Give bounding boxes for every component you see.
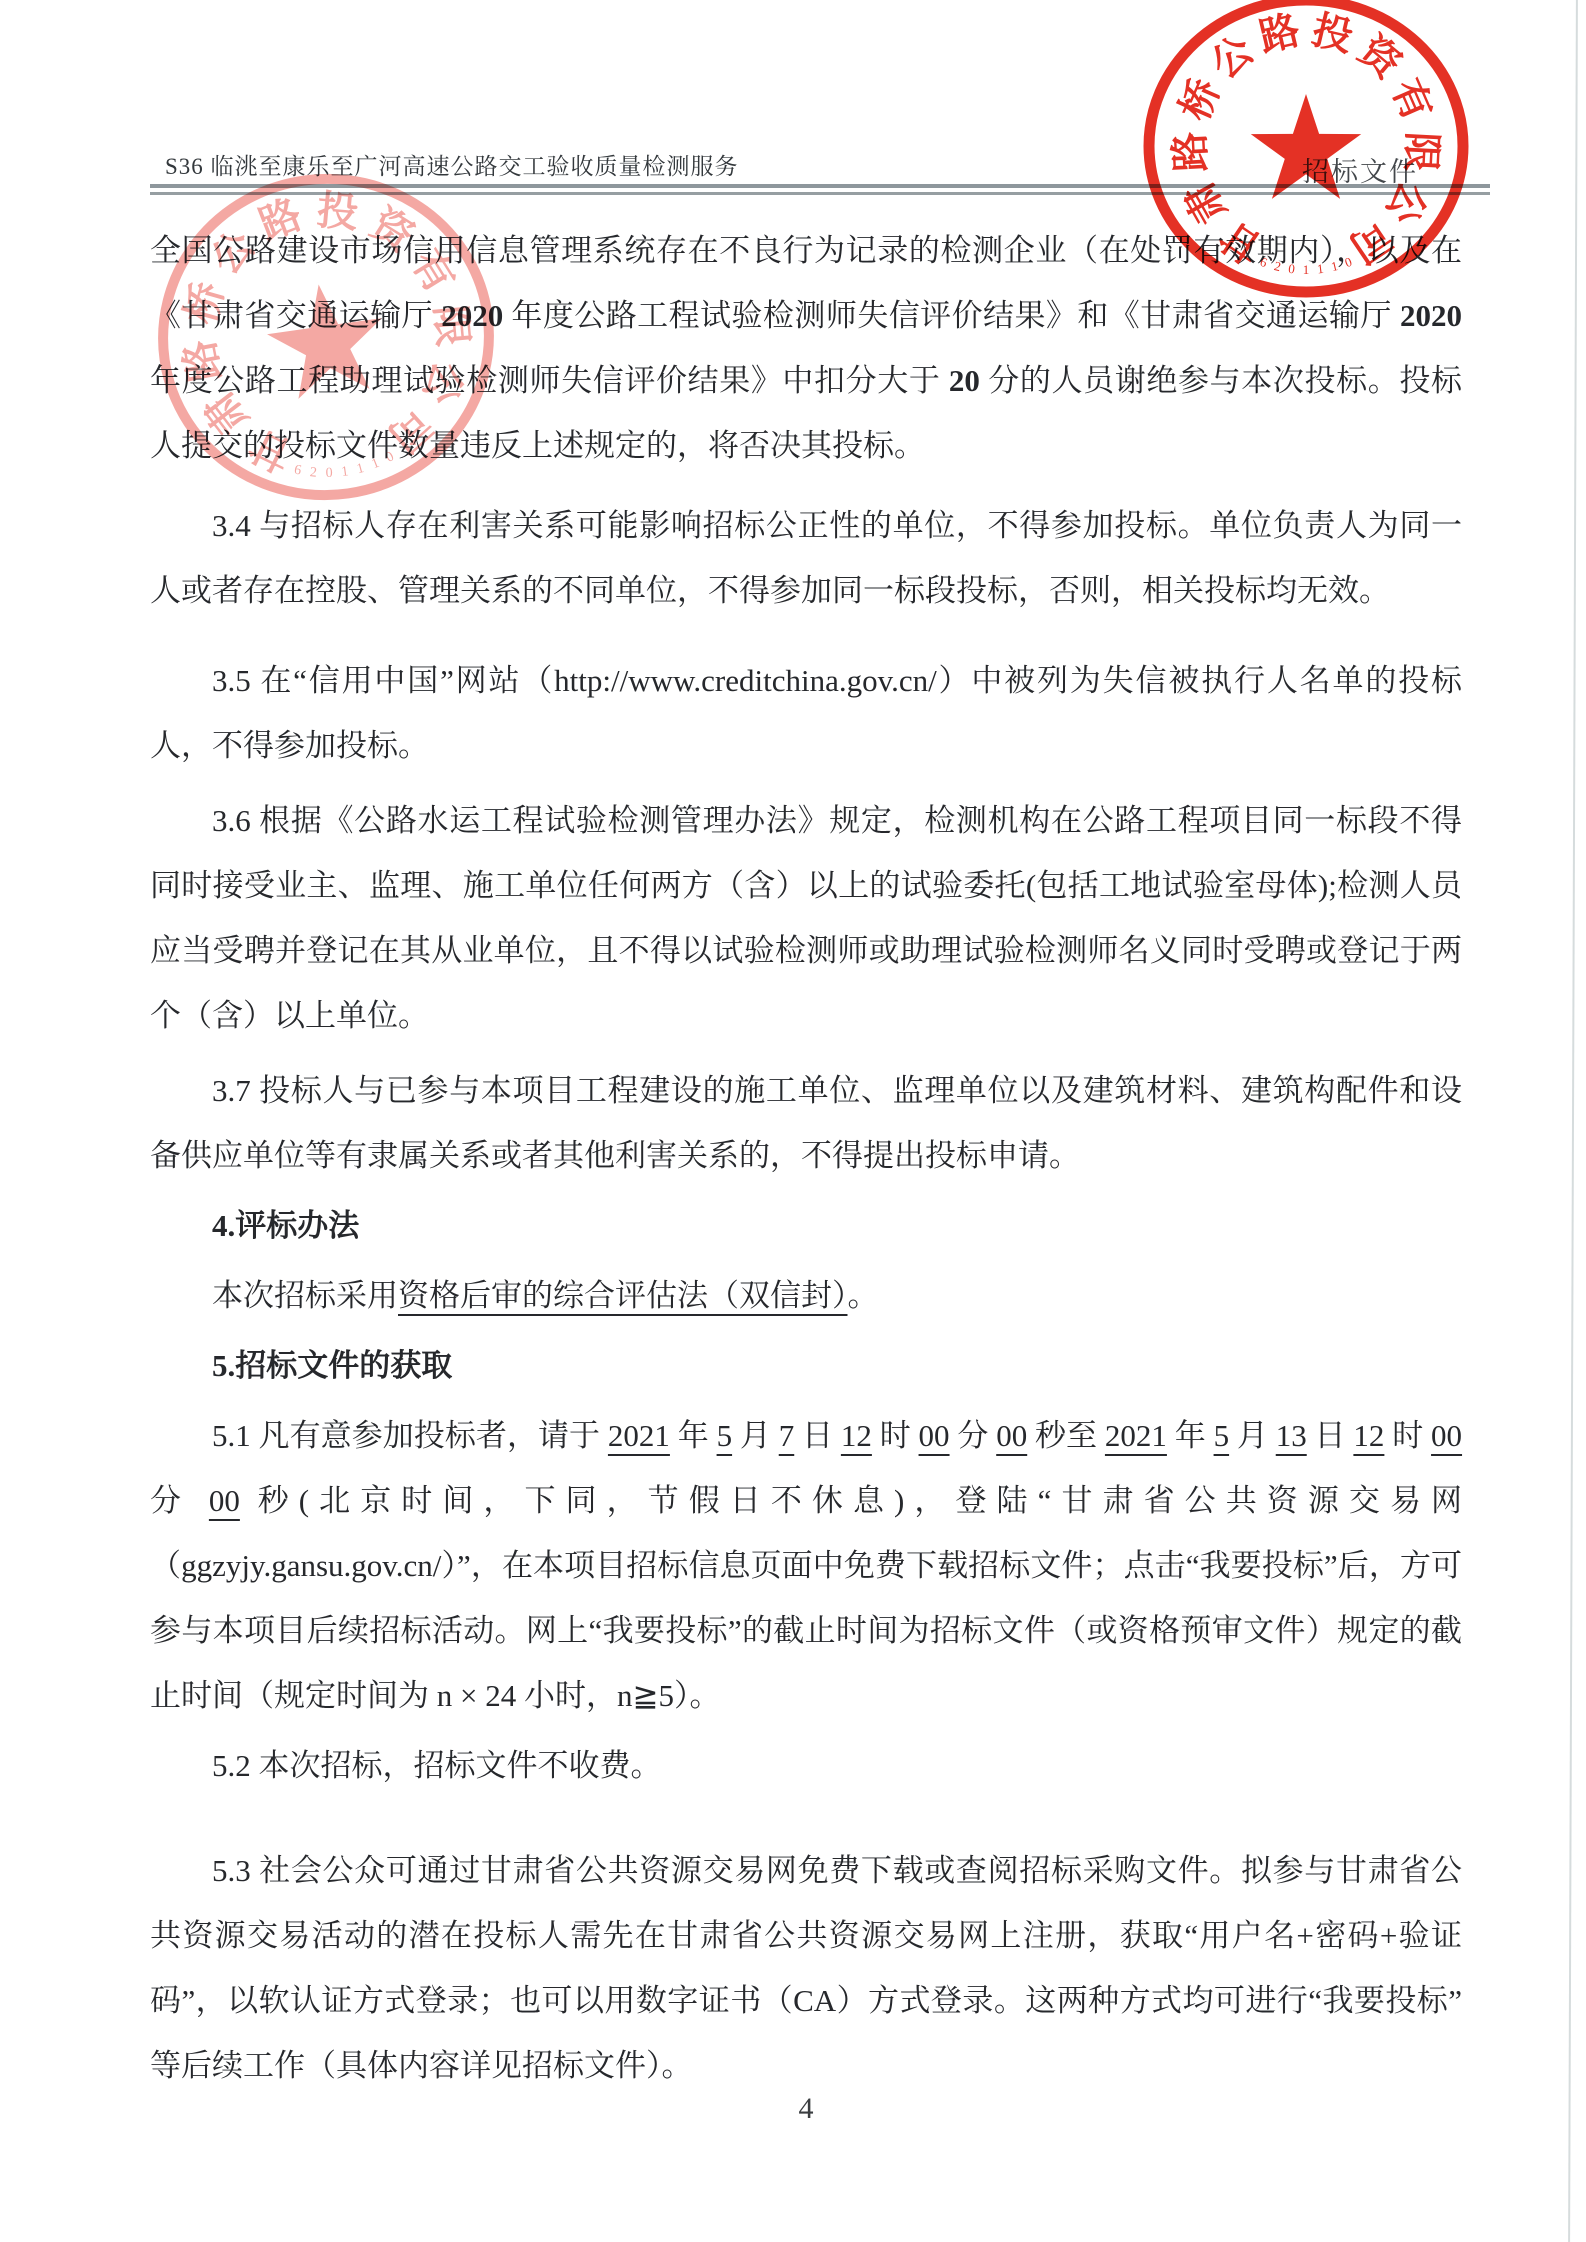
paragraph: 全国公路建设市场信用信息管理系统存在不良行为记录的检测企业（在处罚有效期内），以… bbox=[150, 218, 1462, 478]
seal-char: 资 bbox=[1350, 27, 1410, 88]
page-number: 4 bbox=[150, 2092, 1462, 2126]
seal-char: 路 bbox=[1255, 7, 1304, 60]
header-project-title: S36 临洮至康乐至广河高速公路交工验收质量检测服务 bbox=[165, 148, 739, 181]
paragraph: 5.3 社会公众可通过甘肃省公共资源交易网免费下载或查阅招标采购文件。拟参与甘肃… bbox=[150, 1838, 1462, 2098]
seal-char: 路 bbox=[1167, 131, 1214, 173]
paragraph: 3.7 投标人与已参与本项目工程建设的施工单位、监理单位以及建筑材料、建筑构配件… bbox=[150, 1058, 1462, 1188]
document-body: 全国公路建设市场信用信息管理系统存在不良行为记录的检测企业（在处罚有效期内），以… bbox=[150, 218, 1462, 2098]
scan-artifact-line bbox=[1568, 0, 1578, 2242]
paragraph: 3.6 根据《公路水运工程试验检测管理办法》规定，检测机构在公路工程项目同一标段… bbox=[150, 788, 1462, 1048]
seal-char: 桥 bbox=[1172, 72, 1229, 127]
seal-char: 投 bbox=[1308, 7, 1357, 60]
paragraph: 3.5 在“信用中国”网站（http://www.creditchina.gov… bbox=[150, 648, 1462, 778]
seal-char: 公 bbox=[1202, 27, 1262, 87]
paragraph: 4.评标办法 bbox=[150, 1193, 1462, 1258]
paragraph: 5.1 凡有意参加投标者，请于 2021 年 5 月 7 日 12 时 00 分… bbox=[150, 1403, 1462, 1728]
document-page: S36 临洮至康乐至广河高速公路交工验收质量检测服务 招标文件 全国公路建设市场… bbox=[0, 0, 1586, 2242]
paragraph: 本次招标采用资格后审的综合评估法（双信封）。 bbox=[150, 1263, 1462, 1328]
seal-char: 有 bbox=[1383, 72, 1440, 127]
paragraph: 5.招标文件的获取 bbox=[150, 1333, 1462, 1398]
paragraph: 3.4 与招标人存在利害关系可能影响招标公正性的单位，不得参加投标。单位负责人为… bbox=[150, 493, 1462, 623]
paragraph: 5.2 本次招标，招标文件不收费。 bbox=[150, 1733, 1462, 1798]
header-divider bbox=[150, 184, 1490, 195]
